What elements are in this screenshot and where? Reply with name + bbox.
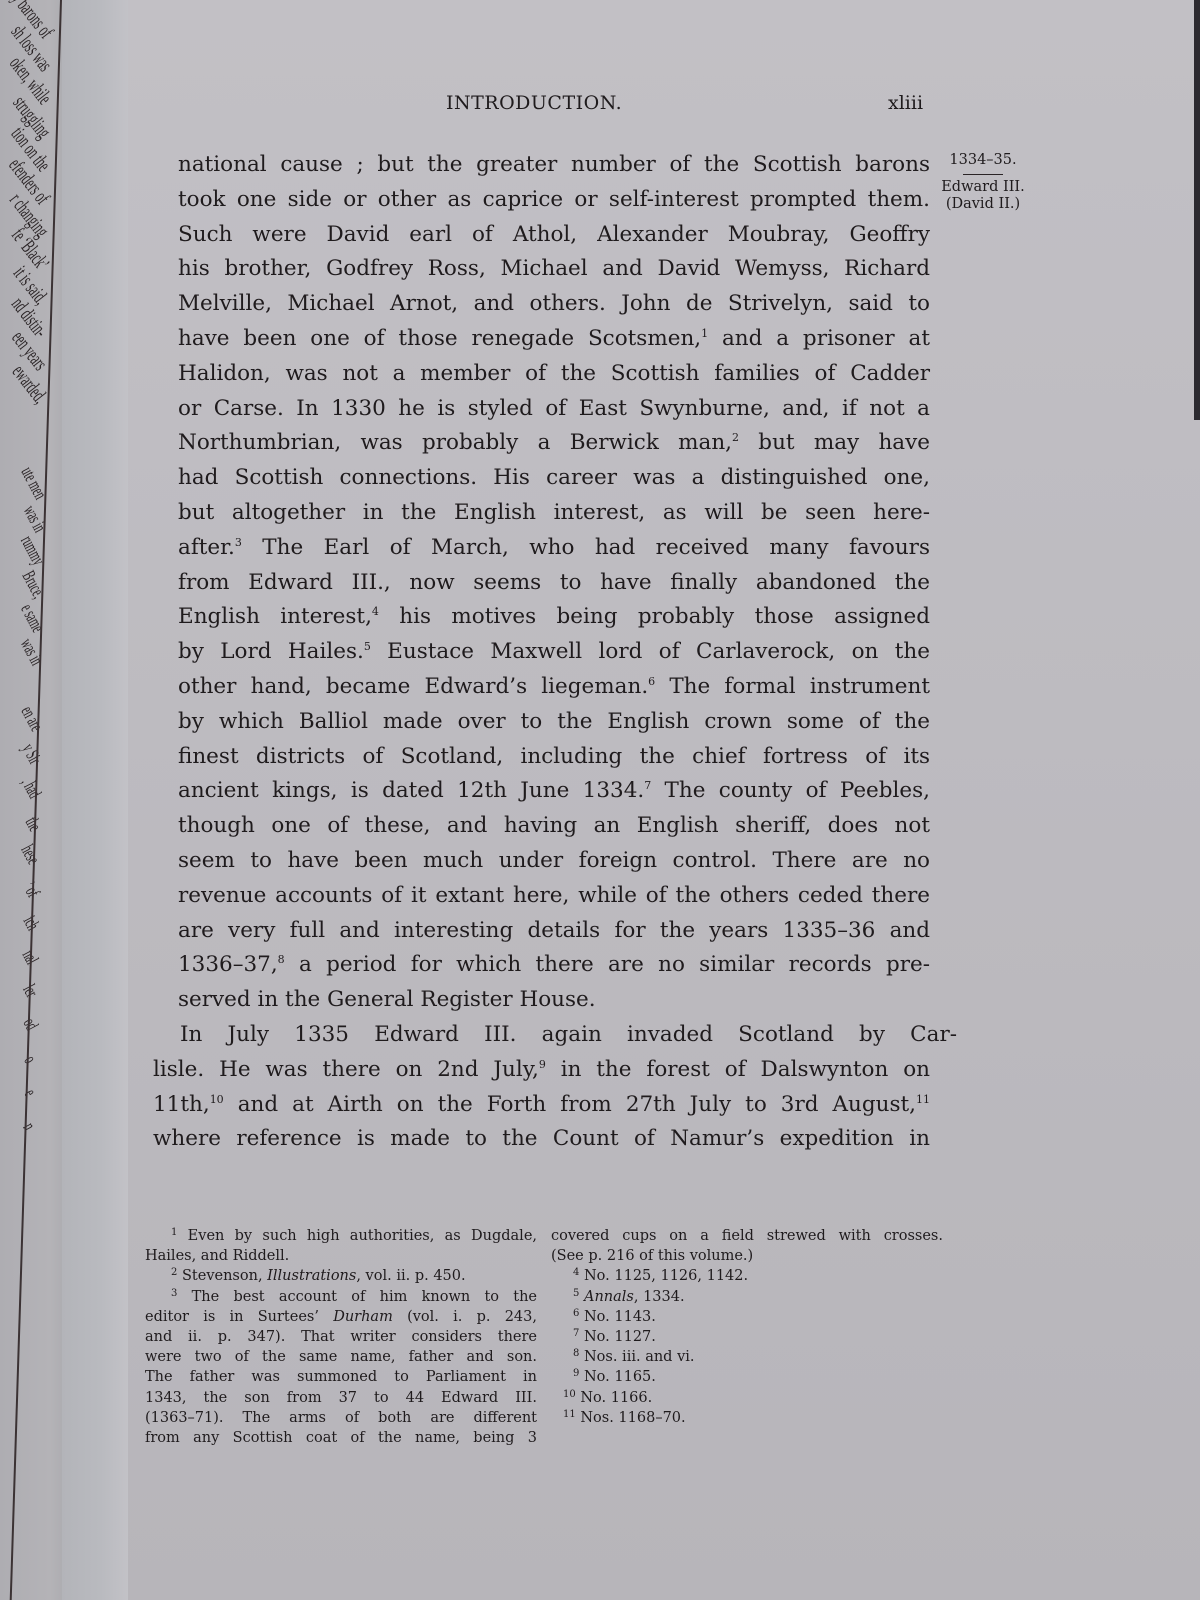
footnote-number: 11 — [563, 1409, 576, 1420]
sidenote-rule — [963, 174, 1003, 175]
footnote-line: 10 No. 1166. — [551, 1388, 943, 1408]
body-text: national cause ; but the greater number … — [178, 148, 930, 1157]
footnote-marker: 10 — [210, 1093, 224, 1106]
footnote-line: 3 The best account of him known to the — [145, 1287, 537, 1307]
footnote-marker: 6 — [648, 675, 655, 688]
footnote-line: 2 Stevenson, Illustrations, vol. ii. p. … — [145, 1266, 537, 1286]
left-page-fragment: n — [18, 1119, 40, 1134]
italic-title: Durham — [333, 1309, 393, 1325]
footnote-line: editor is in Surtees’ Durham (vol. i. p.… — [145, 1307, 537, 1327]
footnote-line: and ii. p. 347). That writer considers t… — [145, 1327, 537, 1347]
page-number: xliii — [888, 92, 923, 114]
footnote-marker: 2 — [732, 431, 739, 444]
body-line: from Edward III., now seems to have fina… — [178, 566, 930, 601]
body-line: but altogether in the English interest, … — [178, 496, 930, 531]
body-line: by which Balliol made over to the Englis… — [178, 705, 930, 740]
body-line: lisle. He was there on 2nd July,9 in the… — [153, 1053, 930, 1088]
footnote-number: 10 — [563, 1389, 576, 1400]
footnote-line: Hailes, and Riddell. — [145, 1246, 537, 1266]
footnotes-left-column: 1 Even by such high authorities, as Dugd… — [145, 1226, 537, 1448]
body-line: Melville, Michael Arnot, and others. Joh… — [178, 287, 930, 322]
body-line: revenue accounts of it extant here, whil… — [178, 879, 930, 914]
footnote-marker: 9 — [539, 1058, 546, 1071]
body-line: ancient kings, is dated 12th June 1334.7… — [178, 774, 930, 809]
italic-title: Illustrations — [267, 1268, 356, 1284]
footnote-line: were two of the same name, father and so… — [145, 1347, 537, 1367]
margin-sidenote: 1334–35. Edward III. (David II.) — [928, 152, 1038, 213]
footnote-line: The father was summoned to Parliament in — [145, 1367, 537, 1387]
left-page-fragment: hese — [16, 842, 44, 869]
footnote-line: 1343, the son from 37 to 44 Edward III. — [145, 1388, 537, 1408]
footnote-marker: 1 — [701, 327, 708, 340]
main-page: INTRODUCTION. xliii 1334–35. Edward III.… — [128, 0, 1200, 1600]
body-line: Halidon, was not a member of the Scottis… — [178, 357, 930, 392]
footnote-line: covered cups on a field strewed with cro… — [551, 1226, 943, 1246]
left-page-fragment: ewarded, — [6, 360, 52, 408]
footnote-marker: 8 — [278, 953, 285, 966]
running-head: INTRODUCTION. — [446, 92, 622, 114]
footnote-number: 6 — [573, 1308, 579, 1319]
body-line: other hand, became Edward’s liegeman.6 T… — [178, 670, 930, 705]
footnote-marker: 5 — [364, 640, 371, 653]
body-line: seem to have been much under foreign con… — [178, 844, 930, 879]
footnote-marker: 3 — [235, 536, 242, 549]
footnote-number: 8 — [573, 1348, 579, 1359]
body-line: or Carse. In 1330 he is styled of East S… — [178, 392, 930, 427]
footnote-line: 6 No. 1143. — [551, 1307, 943, 1327]
footnote-line: 9 No. 1165. — [551, 1367, 943, 1387]
footnote-number: 5 — [573, 1288, 579, 1299]
left-page-fragment: the — [19, 814, 44, 836]
left-page-fragment: ’ of — [18, 879, 44, 902]
body-line: by Lord Hailes.5 Eustace Maxwell lord of… — [178, 635, 930, 670]
left-page-fragment: y Sir — [17, 741, 46, 769]
left-page-fragment: en are — [15, 703, 46, 736]
page-right-edge — [1194, 0, 1200, 420]
body-line: are very full and interesting details fo… — [178, 914, 930, 949]
footnote-number: 7 — [573, 1328, 579, 1339]
body-line: where reference is made to the Count of … — [153, 1122, 930, 1157]
footnote-number: 3 — [171, 1288, 177, 1299]
body-line: English interest,4 his motives being pro… — [178, 600, 930, 635]
footnotes-right-column: covered cups on a field strewed with cro… — [551, 1226, 943, 1448]
footnote-line: 7 No. 1127. — [551, 1327, 943, 1347]
body-line: national cause ; but the greater number … — [178, 148, 930, 183]
left-page-fragment: e same — [15, 600, 48, 636]
footnote-marker: 11 — [916, 1093, 930, 1106]
footnote-number: 4 — [573, 1267, 579, 1278]
body-line: Such were David earl of Athol, Alexander… — [178, 218, 930, 253]
body-line: finest districts of Scotland, including … — [178, 740, 930, 775]
body-line: served in the General Register House. — [178, 983, 930, 1018]
body-line: after.3 The Earl of March, who had recei… — [178, 531, 930, 566]
left-page-fragment: e — [19, 1086, 41, 1100]
italic-title: Annals — [584, 1289, 634, 1305]
sidenote-years: 1334–35. — [928, 152, 1038, 169]
body-line: took one side or other as caprice or sel… — [178, 183, 930, 218]
footnote-line: 1 Even by such high authorities, as Dugd… — [145, 1226, 537, 1246]
footnote-line: 4 No. 1125, 1126, 1142. — [551, 1266, 943, 1286]
footnote-line: 11 Nos. 1168–70. — [551, 1408, 943, 1428]
left-page-fragment: o — [19, 1053, 41, 1068]
footnotes: 1 Even by such high authorities, as Dugd… — [145, 1226, 945, 1448]
footnote-marker: 4 — [372, 605, 379, 618]
book-gutter — [62, 0, 132, 1600]
body-line: In July 1335 Edward III. again invaded S… — [153, 1018, 957, 1053]
footnote-line: from any Scottish coat of the name, bein… — [145, 1428, 537, 1448]
footnote-line: (1363–71). The arms of both are differen… — [145, 1408, 537, 1428]
footnote-line: (See p. 216 of this volume.) — [551, 1246, 943, 1266]
body-line: have been one of those renegade Scotsmen… — [178, 322, 930, 357]
sidenote-reign-scotland: (David II.) — [928, 196, 1038, 213]
footnote-number: 1 — [171, 1227, 177, 1238]
footnote-line: 5 Annals, 1334. — [551, 1287, 943, 1307]
left-page-fragment: was in — [15, 635, 47, 669]
body-line: 11th,10 and at Airth on the Forth from 2… — [153, 1088, 930, 1123]
body-line: his brother, Godfrey Ross, Michael and D… — [178, 252, 930, 287]
left-page-fragment: , had — [16, 774, 45, 802]
footnote-number: 9 — [573, 1368, 579, 1379]
body-line: Northumbrian, was probably a Berwick man… — [178, 426, 930, 461]
footnote-line: 8 Nos. iii. and vi. — [551, 1347, 943, 1367]
footnote-marker: 7 — [644, 779, 651, 792]
footnote-number: 2 — [171, 1267, 177, 1278]
body-line: had Scottish connections. His career was… — [178, 461, 930, 496]
sidenote-reign: Edward III. — [928, 179, 1038, 196]
body-line: though one of these, and having an Engli… — [178, 809, 930, 844]
body-line: 1336–37,8 a period for which there are n… — [178, 948, 930, 983]
